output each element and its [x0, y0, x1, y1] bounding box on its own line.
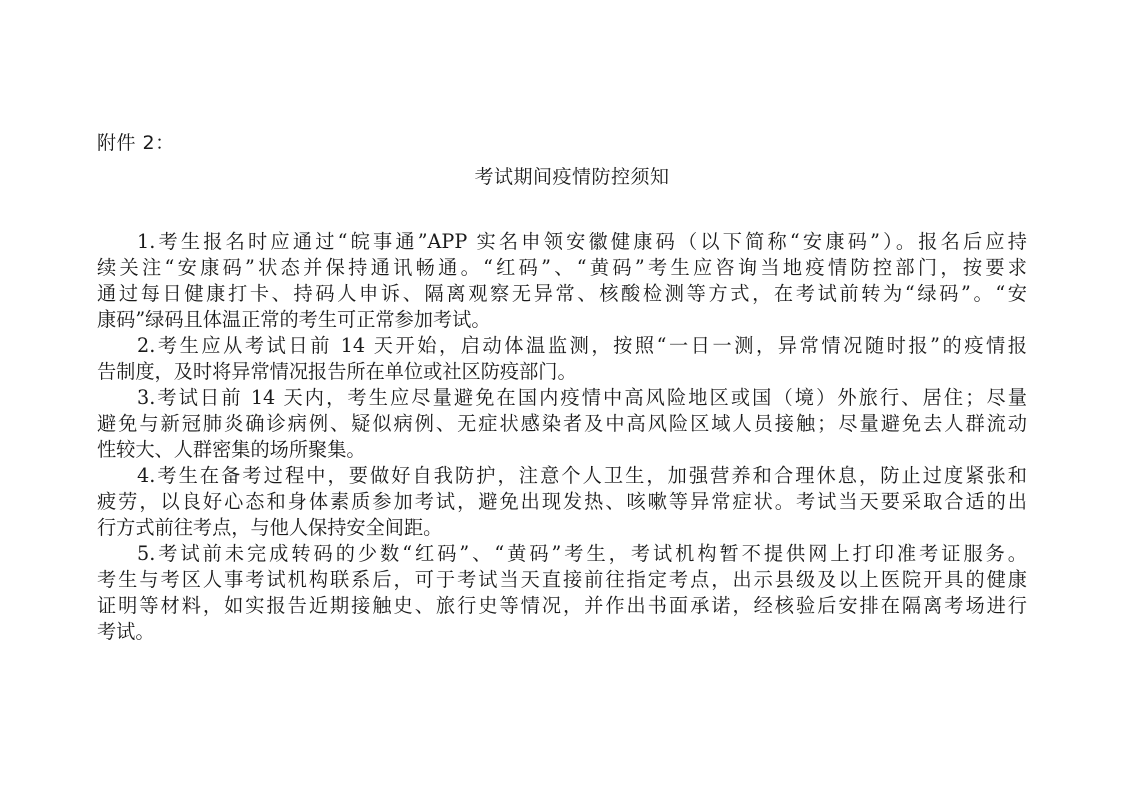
paragraph-line: 通过每日健康打卡、持码人申诉、隔离观察无异常、核酸检测等方式，在考试前转为“绿码… [97, 281, 1027, 307]
paragraph-line: 考生与考区人事考试机构联系后，可于考试当天直接前往指定考点，出示县级及以上医院开… [97, 567, 1027, 593]
paragraph-1: 1.考生报名时应通过“皖事通”APP 实名申领安徽健康码（以下简称“安康码”）。… [97, 229, 1027, 333]
paragraph-line: 告制度，及时将异常情况报告所在单位或社区防疫部门。 [97, 359, 1027, 385]
paragraph-line: 2.考生应从考试日前 14 天开始，启动体温监测，按照“一日一测，异常情况随时报… [97, 333, 1027, 359]
paragraph-line: 疲劳，以良好心态和身体素质参加考试，避免出现发热、咳嗽等异常症状。考试当天要采取… [97, 489, 1027, 515]
paragraph-line: 续关注“安康码”状态并保持通讯畅通。“红码”、“黄码”考生应咨询当地疫情防控部门… [97, 255, 1027, 281]
paragraph-line: 避免与新冠肺炎确诊病例、疑似病例、无症状感染者及中高风险区域人员接触；尽量避免去… [97, 411, 1027, 437]
paragraph-2: 2.考生应从考试日前 14 天开始，启动体温监测，按照“一日一测，异常情况随时报… [97, 333, 1027, 385]
paragraph-3: 3.考试日前 14 天内，考生应尽量避免在国内疫情中高风险地区或国（境）外旅行、… [97, 385, 1027, 463]
paragraph-line: 证明等材料，如实报告近期接触史、旅行史等情况，并作出书面承诺，经核验后安排在隔离… [97, 593, 1027, 619]
paragraph-line: 考试。 [97, 619, 1027, 645]
attachment-label: 附件 2： [97, 128, 175, 155]
paragraph-line: 行方式前往考点，与他人保持安全间距。 [97, 515, 1027, 541]
paragraph-line: 5.考试前未完成转码的少数“红码”、“黄码”考生，考试机构暂不提供网上打印准考证… [97, 541, 1027, 567]
paragraph-line: 1.考生报名时应通过“皖事通”APP 实名申领安徽健康码（以下简称“安康码”）。… [97, 229, 1027, 255]
paragraph-line: 4.考生在备考过程中，要做好自我防护，注意个人卫生，加强营养和合理休息，防止过度… [97, 463, 1027, 489]
document-body: 1.考生报名时应通过“皖事通”APP 实名申领安徽健康码（以下简称“安康码”）。… [97, 229, 1027, 645]
document-title: 考试期间疫情防控须知 [97, 162, 1027, 189]
paragraph-line: 性较大、人群密集的场所聚集。 [97, 437, 1027, 463]
paragraph-5: 5.考试前未完成转码的少数“红码”、“黄码”考生，考试机构暂不提供网上打印准考证… [97, 541, 1027, 645]
paragraph-line: 3.考试日前 14 天内，考生应尽量避免在国内疫情中高风险地区或国（境）外旅行、… [97, 385, 1027, 411]
paragraph-line: 康码”绿码且体温正常的考生可正常参加考试。 [97, 307, 1027, 333]
paragraph-4: 4.考生在备考过程中，要做好自我防护，注意个人卫生，加强营养和合理休息，防止过度… [97, 463, 1027, 541]
